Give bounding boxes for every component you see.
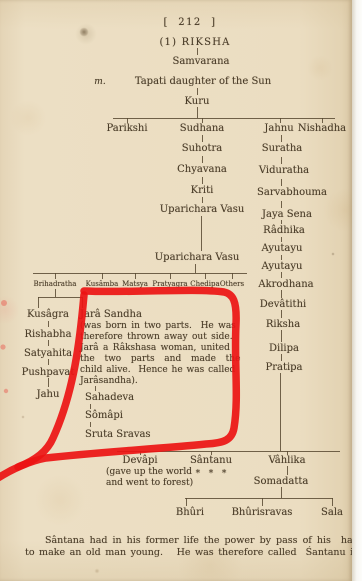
label-rishabha: Rishabha bbox=[24, 329, 71, 340]
page-number: [ 212 ] bbox=[163, 17, 216, 28]
tree-vline bbox=[281, 487, 282, 498]
label-kusagra: Kusâgra bbox=[27, 309, 69, 320]
tree-vline bbox=[90, 422, 91, 427]
label-santanu: Sântanu bbox=[190, 455, 232, 466]
tree-vline bbox=[281, 220, 282, 224]
label-nishadha: Nishadha bbox=[298, 123, 346, 134]
label-chyavana: Chyavana bbox=[177, 164, 227, 175]
note-line: the two parts and made the bbox=[80, 354, 240, 365]
note-line: therefore thrown away out side. bbox=[80, 332, 233, 343]
tree-vline bbox=[48, 378, 49, 387]
label-kriti: Kriti bbox=[191, 185, 214, 196]
label-sahadeva: Sahadeva bbox=[85, 392, 134, 403]
tree-vline bbox=[48, 340, 49, 346]
tree-vline bbox=[197, 88, 198, 95]
tree-vline bbox=[281, 157, 282, 164]
note-line: Jarâsandha). bbox=[80, 376, 138, 387]
label-pushpavat: Pushpavat bbox=[22, 367, 75, 378]
label-ayutayu-1: Ayutayu bbox=[262, 243, 303, 254]
label-bhurisravas: Bhûrisravas bbox=[232, 507, 293, 518]
note-line: Jarâ a Râkshasa woman, united bbox=[80, 343, 230, 354]
label-devapi: Devâpi bbox=[122, 455, 157, 466]
label-jaya-sena: Jaya Sena bbox=[262, 209, 312, 220]
tree-hline bbox=[38, 297, 82, 298]
tree-vline bbox=[135, 273, 136, 279]
red-marker-bleed-dot bbox=[0, 344, 5, 349]
red-marker-stroke bbox=[18, 295, 84, 467]
tree-hline bbox=[113, 118, 335, 119]
tree-vline bbox=[322, 118, 323, 123]
label-asterisks: * * * bbox=[196, 469, 227, 480]
label-others: Others bbox=[220, 279, 244, 290]
tree-vline bbox=[281, 201, 282, 208]
scan-edge-strip bbox=[352, 0, 362, 581]
label-suratha: Suratha bbox=[262, 143, 302, 154]
footnote-line-2: to make an old man young. He was therefo… bbox=[25, 547, 362, 558]
tree-vline bbox=[55, 289, 56, 297]
tree-vline bbox=[201, 216, 202, 251]
tree-vline bbox=[281, 330, 282, 342]
tree-vline bbox=[262, 498, 263, 506]
tree-vline bbox=[38, 297, 39, 308]
label-sala: Sala bbox=[321, 507, 343, 518]
tree-hline bbox=[185, 498, 333, 499]
label-suhotra: Suhotra bbox=[182, 143, 223, 154]
label-jahu: Jahu bbox=[37, 389, 60, 400]
tree-vline bbox=[170, 273, 171, 279]
tree-vline bbox=[211, 451, 212, 455]
label-matsya: Matsya bbox=[122, 279, 148, 290]
tree-vline bbox=[102, 273, 103, 279]
red-marker-bleed-dot bbox=[1, 300, 7, 306]
note-line: (was born in two parts. He was bbox=[80, 321, 236, 332]
label-dilipa: Dilipa bbox=[269, 343, 299, 354]
label-sruta-sravas: Sruta Sravas bbox=[85, 429, 151, 440]
note-devapi-2: and went to forest) bbox=[106, 478, 193, 489]
tree-vline bbox=[202, 135, 203, 142]
tree-vline bbox=[197, 48, 198, 55]
note-line: child alive. Hence he was called bbox=[80, 365, 235, 376]
tree-vline bbox=[186, 498, 187, 506]
tree-vline bbox=[280, 373, 281, 451]
label-riksha: (1) RIKSHA bbox=[159, 37, 230, 48]
label-pratyagra: Pratyagra bbox=[152, 279, 187, 290]
label-devatithi: Devâtithi bbox=[260, 299, 306, 310]
label-radhika: Râdhika bbox=[263, 225, 305, 236]
tree-vline bbox=[202, 118, 203, 123]
label-chedipa: Chedipa bbox=[190, 279, 219, 290]
tree-vline bbox=[202, 177, 203, 184]
tree-vline bbox=[95, 386, 96, 391]
tree-vline bbox=[232, 273, 233, 279]
tree-vline bbox=[202, 156, 203, 163]
scanned-book-page: [ 212 ](1) RIKSHASamvaranam.Tapati daugh… bbox=[0, 0, 362, 581]
label-viduratha: Viduratha bbox=[259, 165, 309, 176]
tree-vline bbox=[281, 354, 282, 361]
tree-vline bbox=[82, 297, 83, 308]
tree-vline bbox=[287, 451, 288, 455]
tree-vline bbox=[287, 466, 288, 475]
tree-vline bbox=[48, 321, 49, 327]
tree-vline bbox=[281, 290, 282, 298]
label-married-abbrev: m. bbox=[94, 77, 105, 88]
label-sarvabhouma: Sarvabhouma bbox=[257, 187, 327, 198]
tree-vline bbox=[90, 404, 91, 409]
tree-vline bbox=[281, 237, 282, 242]
label-parikshi: Parikshi bbox=[106, 123, 147, 134]
label-somadatta: Somadatta bbox=[254, 476, 309, 487]
tree-vline bbox=[280, 118, 281, 123]
tree-vline bbox=[281, 179, 282, 186]
tree-vline bbox=[127, 118, 128, 123]
tree-vline bbox=[48, 359, 49, 365]
tree-vline bbox=[205, 273, 206, 279]
tree-vline bbox=[195, 264, 196, 273]
tree-vline bbox=[202, 197, 203, 203]
label-bhuri: Bhûri bbox=[176, 507, 204, 518]
tree-hline bbox=[117, 451, 340, 452]
note-devapi-1: (gave up the world bbox=[106, 467, 192, 478]
tree-vline bbox=[55, 273, 56, 279]
label-jara-sandha: Jarâ Sandha bbox=[80, 309, 142, 320]
label-samvarana: Samvarana bbox=[172, 56, 229, 67]
label-riksha-2: Riksha bbox=[266, 319, 300, 330]
tree-vline bbox=[281, 310, 282, 318]
label-ayutayu-2: Ayutayu bbox=[262, 261, 303, 272]
label-uparichara-vasu-1: Uparichara Vasu bbox=[160, 204, 245, 215]
tree-vline bbox=[140, 451, 141, 455]
label-jahnu: Jahnu bbox=[264, 123, 293, 134]
tree-vline bbox=[281, 255, 282, 260]
label-kuru: Kuru bbox=[185, 96, 210, 107]
tree-vline bbox=[197, 107, 198, 118]
label-akrodhana: Akrodhana bbox=[258, 279, 313, 290]
label-kusamba: Kusâmba bbox=[86, 279, 119, 290]
footnote-line-1: Sântana had in his former life the power… bbox=[45, 535, 362, 546]
tree-vline bbox=[281, 135, 282, 142]
page-scan-paper: [ 212 ](1) RIKSHASamvaranam.Tapati daugh… bbox=[0, 0, 352, 581]
label-tapati: Tapati daughter of the Sun bbox=[135, 76, 271, 87]
tree-vline bbox=[332, 498, 333, 506]
label-uparichara-vasu-2: Uparichara Vasu bbox=[155, 252, 240, 263]
label-satyahita: Satyahita bbox=[24, 348, 72, 359]
tree-vline bbox=[281, 272, 282, 278]
label-pratipa: Pratipa bbox=[265, 362, 302, 373]
tree-hline bbox=[33, 273, 247, 274]
label-somapi: Sômâpi bbox=[85, 410, 123, 421]
label-vahlika: Vâhlika bbox=[268, 455, 305, 466]
red-marker-bleed-dot bbox=[4, 389, 8, 393]
label-sudhana: Sudhana bbox=[180, 123, 225, 134]
